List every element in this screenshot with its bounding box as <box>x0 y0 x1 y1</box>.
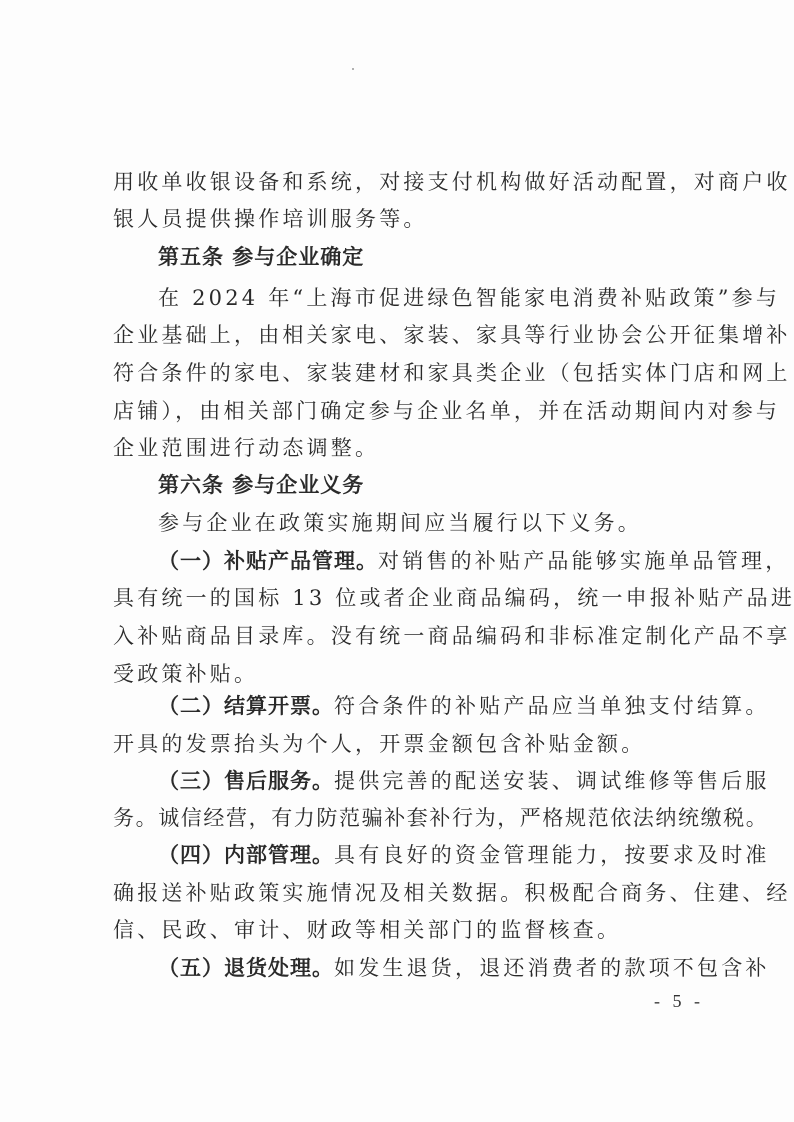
paragraph-line: 务。诚信经营，有力防范骗补套补行为，严格规范依法纳统缴税。 <box>113 805 693 831</box>
clause-lead: （三）售后服务。 <box>158 769 334 793</box>
paragraph-line: 企业范围进行动态调整。 <box>113 435 693 461</box>
paragraph-line: 店铺），由相关部门确定参与企业名单，并在活动期间内对参与 <box>113 398 693 424</box>
paragraph-line: 确报送补贴政策实施情况及相关数据。积极配合商务、住建、经 <box>113 880 693 906</box>
clause-text: 提供完善的配送安装、调试维修等售后服 <box>334 769 770 793</box>
paragraph-line: 受政策补贴。 <box>113 661 693 687</box>
clause-lead: （二）结算开票。 <box>158 694 334 718</box>
scan-speck <box>352 68 354 70</box>
clause-text: 如发生退货，退还消费者的款项不包含补 <box>334 956 770 980</box>
paragraph-line: 入补贴商品目录库。没有统一商品编码和非标准定制化产品不享 <box>113 623 693 649</box>
paragraph-line: 信、民政、审计、财政等相关部门的监督核查。 <box>113 917 693 943</box>
clause-text: 对销售的补贴产品能够实施单品管理， <box>378 549 789 573</box>
clause-text: 具有良好的资金管理能力，按要求及时准 <box>334 843 770 867</box>
paragraph-line: 具有统一的国标 13 位或者企业商品编码，统一申报补贴产品进 <box>113 585 693 611</box>
article-heading: 第五条 参与企业确定 <box>158 244 738 270</box>
clause-line: （一）补贴产品管理。对销售的补贴产品能够实施单品管理， <box>158 548 738 574</box>
paragraph-line: 企业基础上，由相关家电、家装、家具等行业协会公开征集增补 <box>113 322 693 348</box>
clause-line: （三）售后服务。提供完善的配送安装、调试维修等售后服 <box>158 768 738 794</box>
clause-text: 符合条件的补贴产品应当单独支付结算。 <box>334 694 770 718</box>
paragraph-line: 开具的发票抬头为个人，开票金额包含补贴金额。 <box>113 731 693 757</box>
paragraph-line: 在 2024 年“上海市促进绿色智能家电消费补贴政策”参与 <box>158 285 738 311</box>
clause-lead: （四）内部管理。 <box>158 843 334 867</box>
paragraph-line: 银人员提供操作培训服务等。 <box>113 206 693 232</box>
paragraph-line: 用收单收银设备和系统，对接支付机构做好活动配置，对商户收 <box>113 169 693 195</box>
clause-lead: （一）补贴产品管理。 <box>158 549 378 573</box>
clause-line: （四）内部管理。具有良好的资金管理能力，按要求及时准 <box>158 842 738 868</box>
paragraph-line: 符合条件的家电、家装建材和家具类企业（包括实体门店和网上 <box>113 360 693 386</box>
page-number: - 5 - <box>654 991 704 1012</box>
paragraph-line: 参与企业在政策实施期间应当履行以下义务。 <box>158 510 738 536</box>
article-heading: 第六条 参与企业义务 <box>158 472 738 498</box>
clause-line: （五）退货处理。如发生退货，退还消费者的款项不包含补 <box>158 955 738 981</box>
clause-lead: （五）退货处理。 <box>158 956 334 980</box>
clause-line: （二）结算开票。符合条件的补贴产品应当单独支付结算。 <box>158 693 738 719</box>
document-page: 用收单收银设备和系统，对接支付机构做好活动配置，对商户收 银人员提供操作培训服务… <box>0 0 794 1122</box>
